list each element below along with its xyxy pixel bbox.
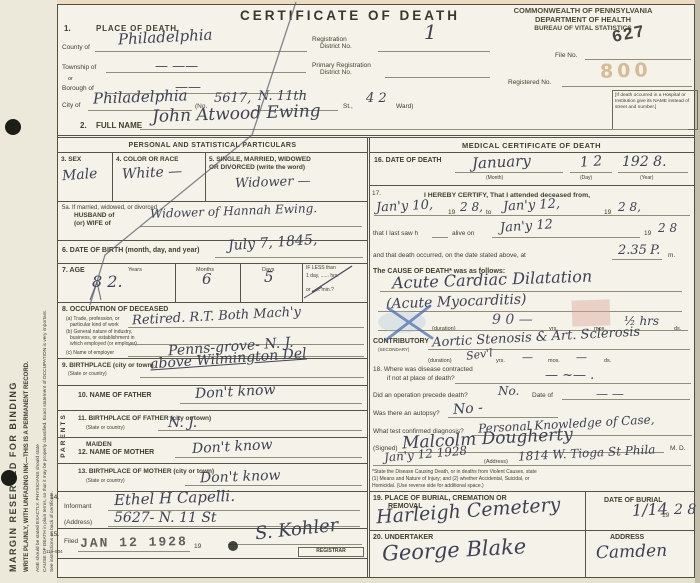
registration-district-label-2: District No. <box>320 43 352 50</box>
place-of-death-number: 1. <box>64 24 71 33</box>
registered-no-stamp: 800 <box>600 59 652 83</box>
mother-name-value: Don't know <box>192 438 273 456</box>
ward-value: 4 2 <box>366 92 387 105</box>
duration2-label: (duration) <box>428 358 452 364</box>
marital-label-2: OR DIVORCED (write the word) <box>209 164 305 171</box>
color-race-label: 4. COLOR OR RACE <box>116 156 178 163</box>
autopsy-label: Was there an autopsy? <box>373 410 440 417</box>
father-name-value: Don't know <box>195 383 276 401</box>
attended-to-value: Jan'y 12, <box>503 198 561 214</box>
attended-from-value: Jan'y 10, <box>376 199 434 215</box>
margin-write-plainly-text: WRITE PLAINLY, WITH UNFADING INK—THIS IS… <box>24 52 30 572</box>
where-contracted-label-2: if not at place of death? <box>387 375 455 382</box>
father-birthplace-value: N. J. <box>168 416 197 430</box>
death-occurred-text: and that death occurred, on the date sta… <box>373 252 526 259</box>
time-of-death-value: 2.35 <box>618 244 647 257</box>
duration2-mos-dash: — <box>522 352 533 363</box>
margin-instructions-2: CAUSE OF DEATH in plain terms, so that i… <box>43 27 48 572</box>
certificate-title: CERTIFICATE OF DEATH <box>200 8 500 24</box>
operation-value: No. <box>498 385 519 397</box>
filed-number: 15. <box>50 531 59 538</box>
full-name-number: 2. <box>80 121 87 130</box>
footnote-line-3: Homicidal. (Use reverse side for additio… <box>372 484 484 490</box>
date-of-death-month: January <box>472 153 532 171</box>
where-contracted-label-1: 18. Where was disease contracted <box>373 366 473 373</box>
last-saw-text: that I last saw h <box>373 230 418 237</box>
mother-birthplace-value: Don't know <box>200 469 281 486</box>
township-label: Township of <box>62 64 96 71</box>
age-label: 7. AGE <box>62 267 85 275</box>
birthplace-label: 9. BIRTHPLACE (city or town) <box>62 362 154 369</box>
where-contracted-value: — ~— . <box>545 369 594 382</box>
birthplace-label-2: (State or country) <box>68 372 107 378</box>
ward-label: Ward) <box>396 103 413 110</box>
informant-address-label: (Address) <box>64 519 92 526</box>
personal-section-title: PERSONAL AND STATISTICAL PARTICULARS <box>57 142 368 150</box>
file-no-label: File No. <box>555 52 577 59</box>
spouse-label-1: 5a. If married, widowed, or divorced <box>62 205 157 212</box>
agency-line-2: DEPARTMENT OF HEALTH <box>472 16 694 25</box>
secondary-label: (SECONDARY) <box>378 347 409 352</box>
duration2-mos-label: mos. <box>548 358 560 364</box>
margin-binding-text: MARGIN RESERVED FOR BINDING <box>8 102 18 572</box>
filed-label: Filed <box>64 538 78 545</box>
page-right-edge <box>695 0 700 583</box>
occupation-b-label-3: which employed (or employer) <box>70 342 137 348</box>
marital-value: Widower — <box>235 175 311 191</box>
father-name-label: 10. NAME OF FATHER <box>78 392 151 400</box>
full-name-label: FULL NAME <box>96 121 142 130</box>
m-label: m. <box>668 252 675 259</box>
attended-from-year: 2 8, <box>460 201 483 213</box>
informant-address-value: 5627- N. 11 St <box>114 511 217 525</box>
hospital-note: [If death occurred in a Hospital or Inst… <box>612 90 698 130</box>
burial-year-value: 2 8 <box>674 503 696 517</box>
date-of-death-label: 16. DATE OF DEATH <box>374 157 441 165</box>
mother-birthplace-label-2: (State or country) <box>86 479 125 485</box>
form-code: 11—504 <box>46 549 63 554</box>
date-of-death-year: 192 8. <box>622 155 667 169</box>
date-of-death-day: 1 2 <box>580 154 603 170</box>
duration-value: 9 0 — <box>492 313 533 327</box>
duration2-ds-label: ds. <box>604 358 611 364</box>
death-certificate-sheet: MARGIN RESERVED FOR BINDING WRITE PLAINL… <box>0 0 700 583</box>
or-label: or <box>68 76 73 82</box>
medical-section-title: MEDICAL CERTIFICATE OF DEATH <box>368 142 695 151</box>
occupation-c-label: (c) Name of employer <box>66 351 114 357</box>
duration2-value: Sev'l <box>465 347 493 362</box>
ifless-label-2: 1 day, ...... hrs. <box>306 274 339 280</box>
age-years-value: 8 2. <box>92 274 123 290</box>
agency-line-3: BUREAU OF VITAL STATISTICS <box>472 25 694 32</box>
color-race-value: White — <box>122 164 183 181</box>
operation-label: Did an operation precede death? <box>373 392 468 399</box>
parents-side-label: PARENTS <box>60 384 67 487</box>
maiden-label: MAIDEN <box>86 441 112 448</box>
primary-district-label-2: District No. <box>320 69 352 76</box>
year-caption: (Year) <box>640 176 653 182</box>
time-pm-value: P. <box>650 244 660 257</box>
burial-19-label: 19 <box>662 512 669 519</box>
mother-name-label: 12. NAME OF MOTHER <box>78 449 154 457</box>
registered-no-label: Registered No. <box>508 79 551 86</box>
father-birthplace-label-2: (State or country) <box>86 426 125 432</box>
undertaker-address-value: Camden <box>596 543 668 562</box>
contributory-label: CONTRIBUTORY <box>373 338 429 346</box>
age-days-value: 5 <box>264 270 274 285</box>
spouse-label-3: (or) WIFE of <box>74 220 111 227</box>
autopsy-value: No - <box>453 401 484 417</box>
month-caption: (Month) <box>486 176 503 182</box>
county-label: County of <box>62 44 90 51</box>
mother-birthplace-label: 13. BIRTHPLACE OF MOTHER (city or town) <box>78 468 214 475</box>
township-value: — —— <box>155 60 198 73</box>
margin-instructions-1: AGE should be stated EXACTLY. PHYSICIANS… <box>36 272 41 572</box>
dob-label: 6. DATE OF BIRTH (month, day, and year) <box>62 247 199 255</box>
age-months-value: 6 <box>202 272 212 287</box>
registrar-label: REGISTRAR <box>298 547 364 557</box>
duration2-ds-dash: — <box>576 352 587 363</box>
ifless-label-3: or ...... min.? <box>306 288 334 294</box>
margin-instructions-3: See instructions on back of certificate. <box>50 372 55 572</box>
city-value: Philadelphia <box>93 88 188 106</box>
item-17-number: 17. <box>372 190 381 197</box>
duration2-yrs-label: yrs. <box>496 358 505 364</box>
footnote-line-1: *State the Disease Causing Death, or in … <box>372 470 537 476</box>
informant-label: Informant <box>64 503 91 510</box>
last-saw-text-2: alive on <box>452 230 474 237</box>
attended-to-year: 2 8, <box>618 201 641 213</box>
marital-label-1: 5. SINGLE, MARRIED, WIDOWED <box>209 156 311 163</box>
last-saw-year: 2 8 <box>658 222 677 234</box>
sex-value: Male <box>62 167 98 183</box>
occupation-a-label-2: particular kind of work <box>70 323 119 329</box>
last-saw-value: Jan'y 12 <box>500 218 554 235</box>
spouse-label-2: HUSBAND of <box>74 212 114 219</box>
saw-19-label: 19 <box>644 230 651 237</box>
filed-date-stamp: JAN 12 1928 <box>80 534 188 551</box>
footnote-line-2: (1) Means and Nature of Injury; and (2) … <box>372 477 529 483</box>
age-years-caption: Years <box>128 267 142 273</box>
informant-number: 14. <box>50 494 59 501</box>
ifless-label-1: IF LESS than <box>306 266 336 272</box>
borough-label: Borough of <box>62 85 94 92</box>
md-label: M. D. <box>670 445 686 452</box>
filed-year-label: 19 <box>194 543 201 550</box>
operation-date-label: Date of <box>532 392 553 399</box>
sex-label: 3. SEX <box>61 156 81 163</box>
registration-district-value: 1 <box>424 22 437 42</box>
street-suffix-label: St., <box>343 103 353 110</box>
day-caption: (Day) <box>580 176 592 182</box>
informant-value: Ethel H Capelli. <box>114 489 235 508</box>
city-label: City of <box>62 102 80 109</box>
operation-date-value: — — <box>596 388 624 400</box>
